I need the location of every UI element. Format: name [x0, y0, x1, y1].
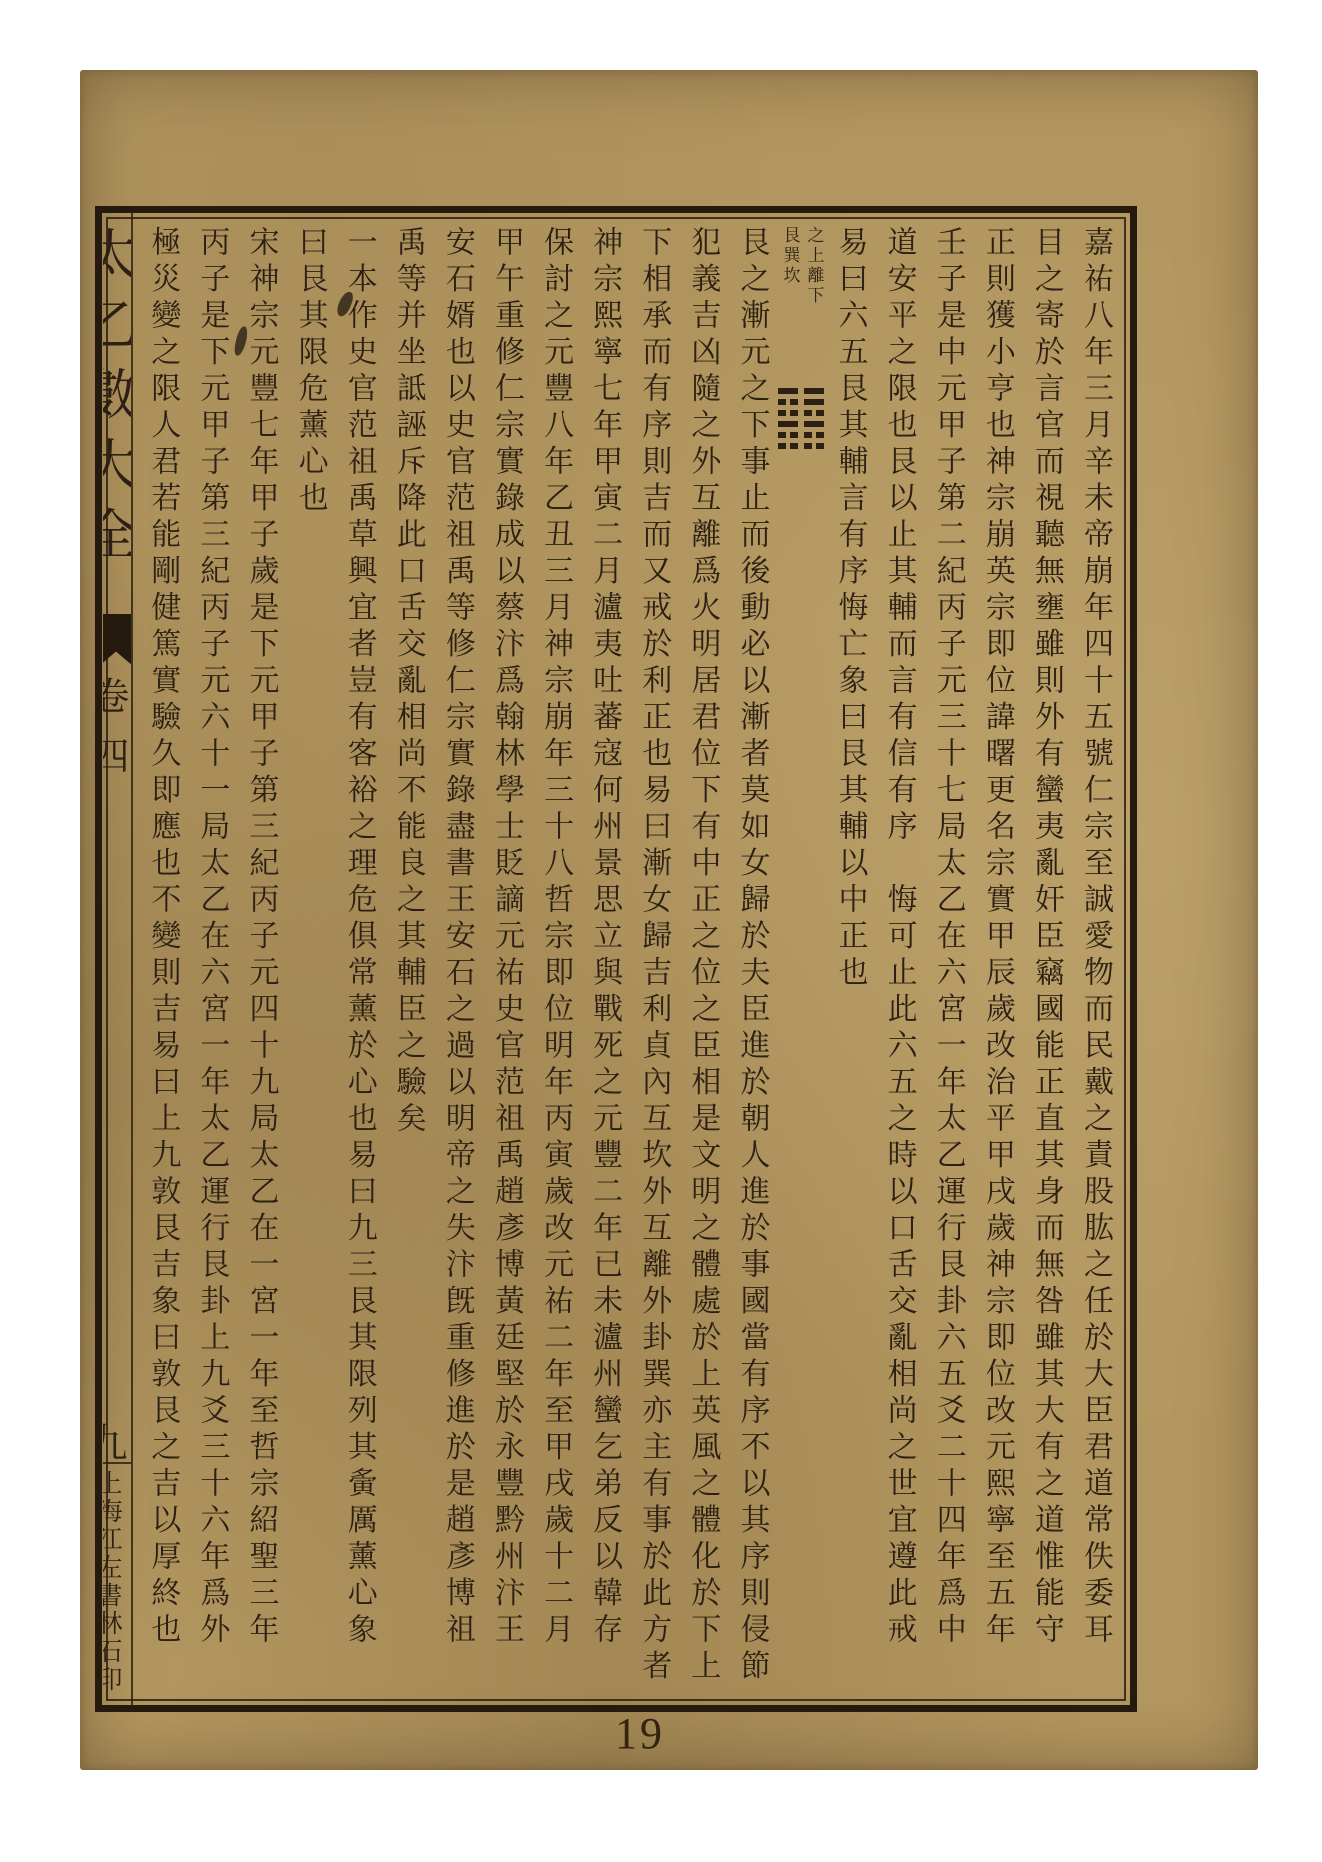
- text-column: 曰艮其限危薰心也: [286, 226, 335, 1700]
- text-column: 艮之漸元之下事止而後動必以漸者莫如女歸於夫臣進於朝人進於事國當有序不以其序則侵節: [727, 226, 776, 1700]
- scanned-book-page: { "page_number": "19", "colors": { "pape…: [0, 0, 1322, 1862]
- text-column: 保討之元豐八年乙丑三月神宗崩年三十八哲宗即位明年丙寅歲改元祐二年至甲戌歲十二月: [531, 226, 580, 1700]
- text-column: 下相承而有序則吉而又戒於利正也易曰漸女歸吉利貞內互坎外互離外卦巽亦主有事於此方者: [629, 226, 678, 1700]
- fishtail-mark-icon: [103, 614, 131, 666]
- jian-hexagram-icon: [804, 388, 824, 449]
- text-column: 安石婿也以史官范祖禹等修仁宗實錄盡書王安石之過以明帝之失汴旣重修進於是趙彥博祖: [433, 226, 482, 1700]
- main-text-block: 嘉祐八年三月辛未帝崩年四十五號仁宗至誠愛物而民戴之責股肱之任於大臣君道常佚委耳 …: [138, 226, 1120, 1700]
- publisher-imprint: 上海江左書林石印: [103, 1470, 120, 1694]
- publisher-divider-line: [103, 1462, 131, 1464]
- text-column: 嘉祐八年三月辛未帝崩年四十五號仁宗至誠愛物而民戴之責股肱之任於大臣君道常佚委耳: [1071, 226, 1120, 1700]
- gen-hexagram-icon: [778, 388, 798, 449]
- hexagram-icons: [778, 388, 824, 449]
- text-column: 易曰六五艮其輔言有序悔亡象曰艮其輔以中正也: [825, 226, 874, 1700]
- banxin-title-strip: 太乙數大全 卷四 九 上海江左書林石印: [103, 224, 131, 1698]
- hexagram-annotation-text: 之上離下 艮巽坎: [776, 226, 825, 386]
- text-column: 極災變之限人君若能剛健篤實驗久即應也不變則吉易曰上九敦艮吉象曰敦艮之吉以厚終也: [138, 226, 187, 1700]
- annotation-left-line: 艮巽坎: [777, 226, 801, 386]
- text-column: 禹等并坐詆誣斥降此口舌交亂相尚不能良之其輔臣之驗矣: [384, 226, 433, 1700]
- text-column: 丙子是下元甲子第三紀丙子元六十一局太乙在六宮一年太乙運行艮卦上九爻三十六年爲外: [187, 226, 236, 1700]
- text-column: 犯義吉凶隨之外互離爲火明居君位下有中正之位之臣相是文明之體處於上英風之體化於下上: [678, 226, 727, 1700]
- text-column: 神宗熙寧七年甲寅二月瀘夷吐蕃寇何州景思立與戰死之元豐二年已未瀘州蠻乞弟反以韓存: [580, 226, 629, 1700]
- title-strip-divider-line: [131, 212, 133, 1706]
- annotation-right-line: 之上離下: [801, 226, 825, 386]
- text-column: 目之寄於言官而視聽無壅雖則外有蠻夷亂奸臣竊國能正直其身而無咎雖其大有之道惟能守: [1022, 226, 1071, 1700]
- book-title: 太乙數大全: [103, 226, 131, 576]
- text-column: 一本作史官范祖禹草興宜者豈有客裕之理危俱常薰於心也易曰九三艮其限列其夤厲薰心象: [335, 226, 384, 1700]
- volume-label: 卷四: [103, 676, 126, 796]
- text-column: 甲午重修仁宗實錄成以蔡汴爲翰林學士貶謫元祐史官范祖禹趙彥博黃廷堅於永豐黔州汴王: [482, 226, 531, 1700]
- text-column: 正則獲小亨也神宗崩英宗即位諱曙更名宗實甲辰歲改治平甲戌歲神宗即位改元熙寧至五年: [973, 226, 1022, 1700]
- text-column: 壬子是中元甲子第二紀丙子元三十七局太乙在六宮一年太乙運行艮卦六五爻二十四年爲中: [924, 226, 973, 1700]
- text-column: 道安平之限也艮以止其輔而言有信有序 悔可止此六五之時以口舌交亂相尚之世宜遵此戒: [875, 226, 924, 1700]
- leaf-number-char: 九: [103, 1422, 125, 1462]
- page-number: 19: [560, 1708, 720, 1759]
- hexagram-annotation-column: 之上離下 艮巽坎: [776, 226, 825, 1700]
- text-column: 宋神宗元豐七年甲子歲是下元甲子第三紀丙子元四十九局太乙在一宮一年至哲宗紹聖三年: [236, 226, 285, 1700]
